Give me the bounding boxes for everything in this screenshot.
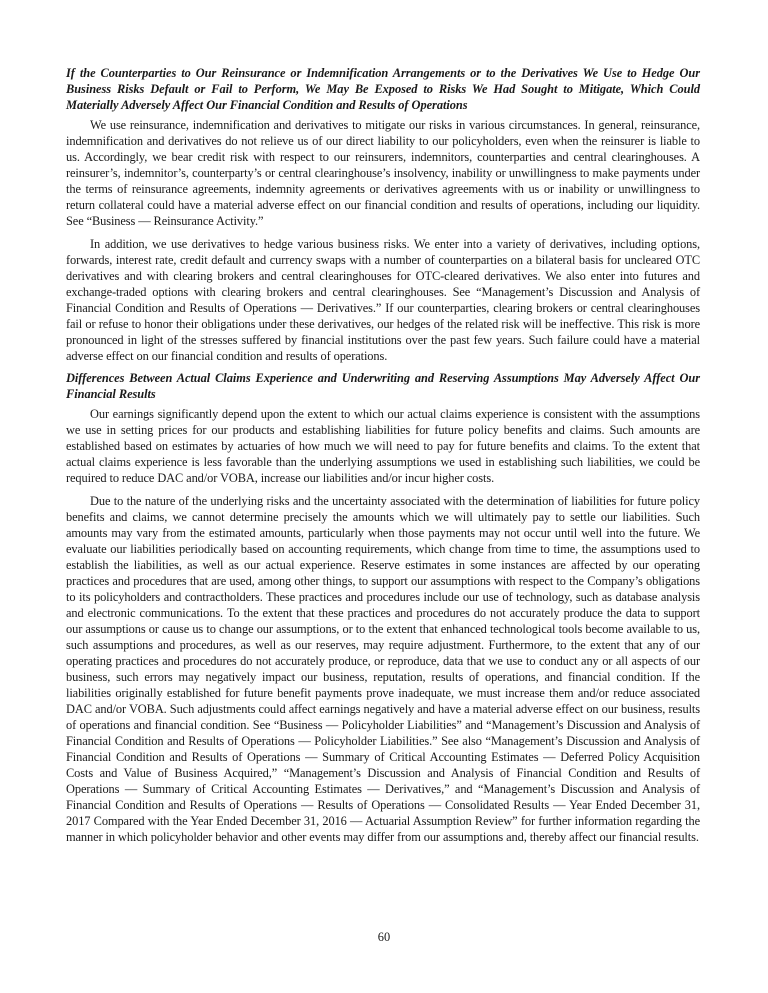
document-page: If the Counterparties to Our Reinsurance… bbox=[66, 65, 700, 852]
paragraph: Our earnings significantly depend upon t… bbox=[66, 406, 700, 486]
section-counterparty-risk: If the Counterparties to Our Reinsurance… bbox=[66, 65, 700, 364]
section-claims-experience: Differences Between Actual Claims Experi… bbox=[66, 370, 700, 845]
section-heading: If the Counterparties to Our Reinsurance… bbox=[66, 65, 700, 113]
paragraph: In addition, we use derivatives to hedge… bbox=[66, 236, 700, 364]
paragraph: Due to the nature of the underlying risk… bbox=[66, 493, 700, 845]
paragraph: We use reinsurance, indemnification and … bbox=[66, 117, 700, 229]
section-heading: Differences Between Actual Claims Experi… bbox=[66, 370, 700, 402]
page-number: 60 bbox=[0, 929, 768, 945]
